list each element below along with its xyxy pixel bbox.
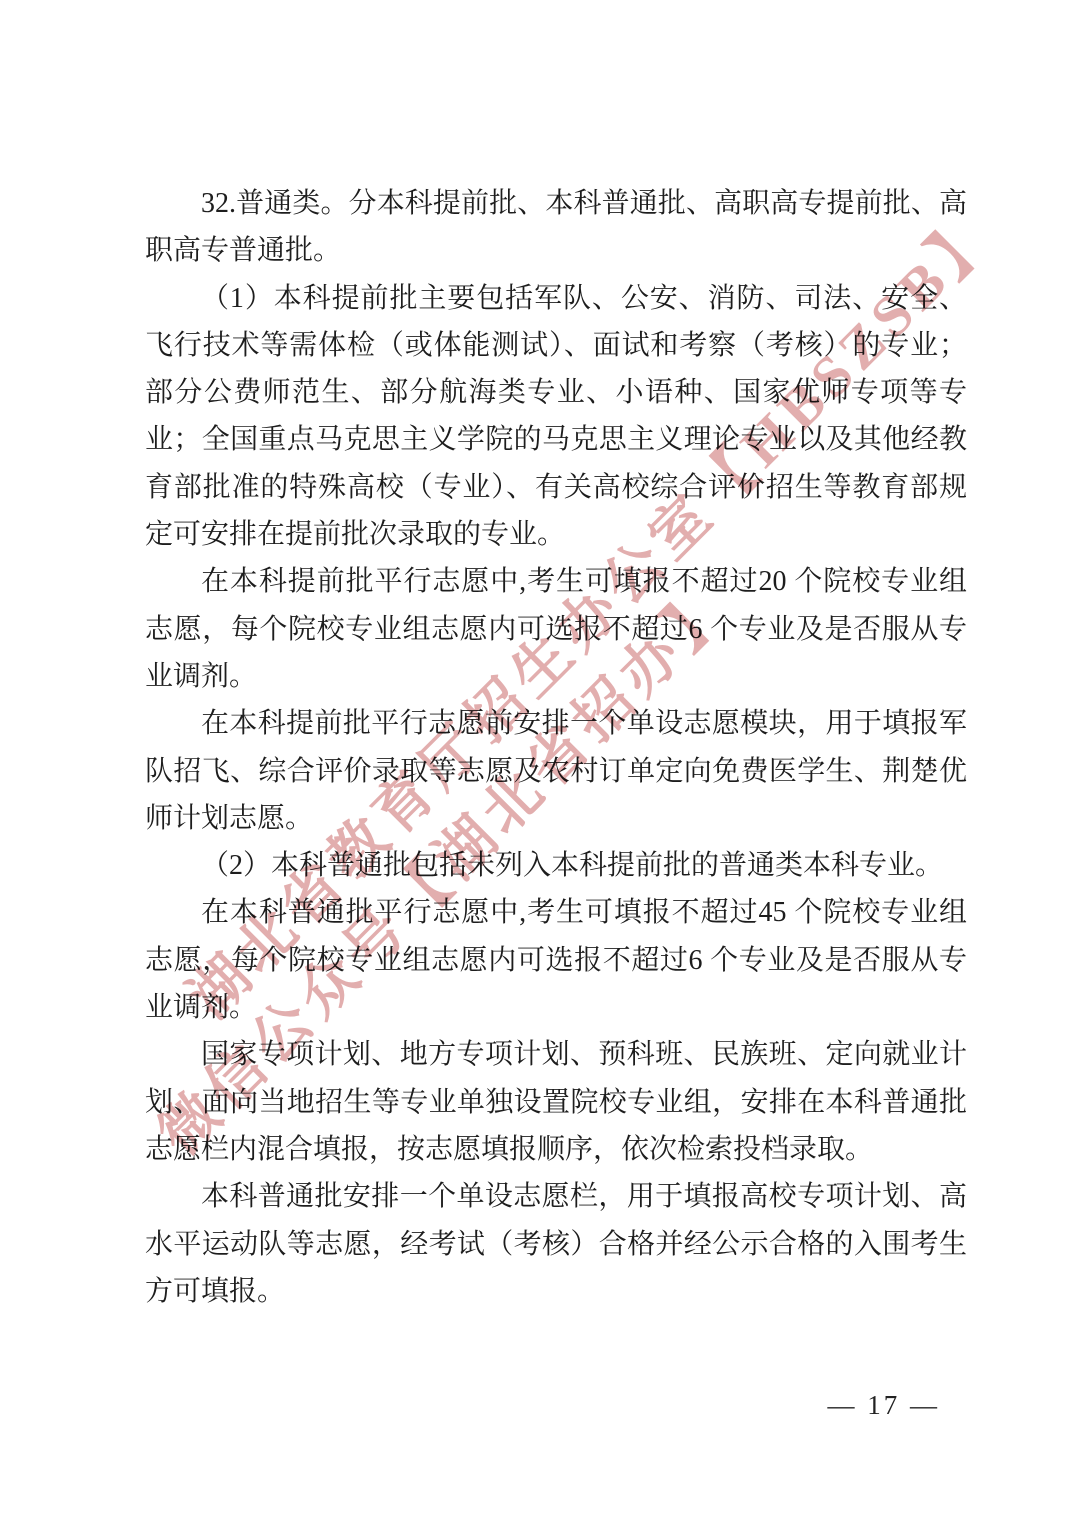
paragraph-6: 在本科普通批平行志愿中,考生可填报不超过45 个院校专业组志愿，每个院校专业组志…	[145, 889, 967, 1031]
paragraph-3: 在本科提前批平行志愿中,考生可填报不超过20 个院校专业组志愿，每个院校专业组志…	[145, 558, 967, 700]
paragraph-8: 本科普通批安排一个单设志愿栏，用于填报高校专项计划、高水平运动队等志愿，经考试（…	[145, 1173, 967, 1315]
paragraph-1: 32.普通类。分本科提前批、本科普通批、高职高专提前批、高职高专普通批。	[145, 180, 967, 275]
paragraph-4: 在本科提前批平行志愿前安排一个单设志愿模块，用于填报军队招飞、综合评价录取等志愿…	[145, 700, 967, 842]
paragraph-2: （1）本科提前批主要包括军队、公安、消防、司法、安全、飞行技术等需体检（或体能测…	[145, 275, 967, 559]
document-body: 32.普通类。分本科提前批、本科普通批、高职高专提前批、高职高专普通批。 （1）…	[145, 180, 967, 1315]
paragraph-5: （2）本科普通批包括未列入本科提前批的普通类本科专业。	[145, 842, 967, 889]
paragraph-7: 国家专项计划、地方专项计划、预科班、民族班、定向就业计划、面向当地招生等专业单独…	[145, 1031, 967, 1173]
page-number: — 17 —	[828, 1390, 941, 1421]
document-page: 32.普通类。分本科提前批、本科普通批、高职高专提前批、高职高专普通批。 （1）…	[0, 0, 1080, 1527]
